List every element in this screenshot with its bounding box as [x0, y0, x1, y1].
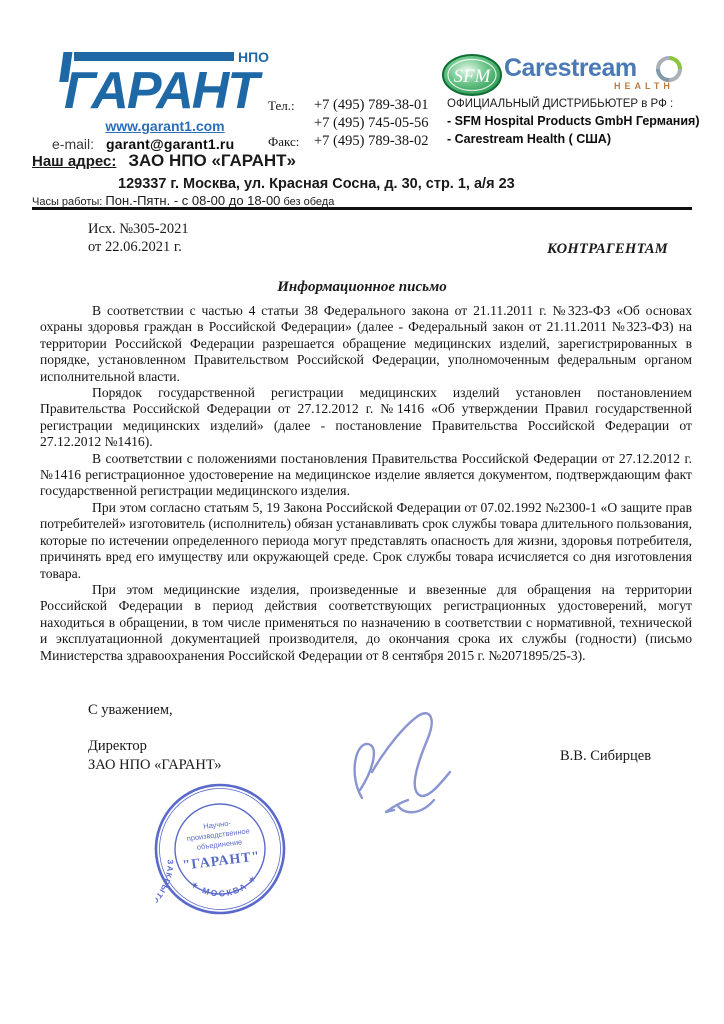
- email-address: garant@garant1.ru: [106, 136, 234, 152]
- carestream-health-label: HEALTH: [614, 81, 674, 91]
- paragraph-1: В соответствии с частью 4 статьи 38 Феде…: [40, 303, 692, 385]
- paragraph-4: При этом согласно статьям 5, 19 Закона Р…: [40, 500, 692, 582]
- address-label: Наш адрес:: [32, 153, 116, 170]
- letter-title: Информационное письмо: [0, 279, 724, 296]
- phone-number-1: +7 (495) 789-38-01: [314, 97, 429, 114]
- email-row: e-mail:garant@garant1.ru: [52, 136, 234, 152]
- distributor-title: ОФИЦИАЛЬНЫЙ ДИСТРИБЬЮТЕР в РФ :: [447, 98, 700, 110]
- stamp-city: ✶ МОСКВА ✶: [188, 871, 261, 902]
- phone-label: Тел.:: [268, 97, 314, 114]
- company-name: ЗАО НПО «ГАРАНТ»: [128, 151, 296, 170]
- addressee: КОНТРАГЕНТАМ: [547, 241, 668, 258]
- stamp-company: "ГАРАНТ": [182, 849, 261, 873]
- company-stamp: ЗАКРЫТОЕ АКЦИОНЕРНОЕ ОБЩЕСТВО Г.Р. № 377…: [142, 771, 298, 927]
- closing-phrase: С уважением,: [88, 702, 173, 719]
- address-row: Наш адрес:ЗАО НПО «ГАРАНТ»: [32, 151, 296, 171]
- phone-block: Тел.: +7 (495) 789-38-01 +7 (495) 745-05…: [268, 97, 429, 150]
- logo-npo-badge: НПО: [238, 49, 269, 65]
- sfm-logo-text: SFM: [454, 66, 492, 87]
- email-label: e-mail:: [52, 136, 94, 152]
- svg-text:✶ МОСКВА ✶: ✶ МОСКВА ✶: [188, 871, 261, 902]
- working-hours: Часы работы: Пон.-Пятн. - с 08-00 до 18-…: [32, 193, 334, 208]
- website-link[interactable]: www.garant1.com: [100, 118, 230, 134]
- distributor-block: ОФИЦИАЛЬНЫЙ ДИСТРИБЬЮТЕР в РФ : - SFM Ho…: [447, 98, 700, 146]
- carestream-logo: Carestream HEALTH: [504, 54, 694, 83]
- paragraph-3: В соответствии с положениями постановлен…: [40, 451, 692, 500]
- phone-label-spacer: [268, 115, 314, 132]
- street-address: 129337 г. Москва, ул. Красная Сосна, д. …: [118, 176, 515, 192]
- sfm-logo: SFM: [442, 53, 502, 97]
- ref-number: Исх. №305-2021: [88, 220, 189, 238]
- signer-block: Директор ЗАО НПО «ГАРАНТ»: [88, 737, 222, 775]
- paragraph-5: При этом медицинские изделия, произведен…: [40, 582, 692, 664]
- carestream-swirl-icon: [656, 56, 682, 82]
- signature: [336, 708, 491, 823]
- reference-block: Исх. №305-2021 от 22.06.2021 г.: [88, 220, 189, 256]
- hours-value: Пон.-Пятн. - с 08-00 до 18-00: [105, 193, 280, 208]
- signer-company: ЗАО НПО «ГАРАНТ»: [88, 756, 222, 775]
- logo-wordmark: ГАРАНТ: [64, 62, 263, 120]
- phone-number-2: +7 (495) 745-05-56: [314, 115, 429, 132]
- fax-number: +7 (495) 789-38-02: [314, 133, 429, 150]
- carestream-wordmark: Carestream: [504, 54, 637, 82]
- signer-name: В.В. Сибирцев: [560, 748, 651, 765]
- distributor-item-carestream: - Carestream Health ( США): [447, 132, 700, 146]
- header-divider: [32, 207, 692, 210]
- letter-page: ГАРАНТ НПО www.garant1.com e-mail:garant…: [0, 0, 724, 1024]
- paragraph-2: Порядок государственной регистрации меди…: [40, 385, 692, 451]
- distributor-item-sfm: - SFM Hospital Products GmbH Германия): [447, 114, 700, 128]
- letter-paragraphs: В соответствии с частью 4 статьи 38 Феде…: [40, 303, 692, 664]
- ref-date: от 22.06.2021 г.: [88, 238, 189, 256]
- logo-bar: [74, 52, 234, 61]
- fax-label: Факс:: [268, 133, 314, 150]
- signer-position: Директор: [88, 737, 222, 756]
